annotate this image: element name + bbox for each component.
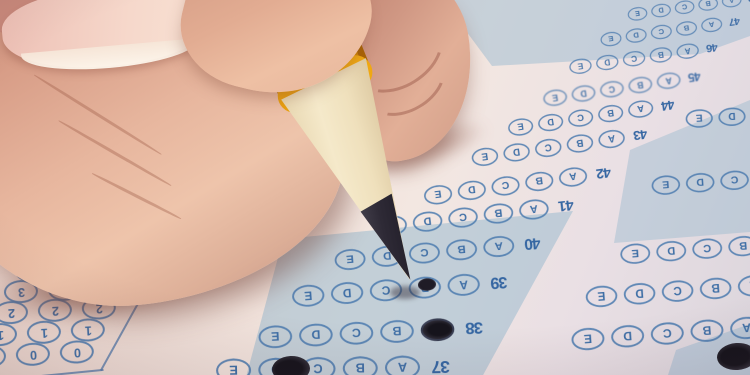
bubble-C: C <box>650 23 673 40</box>
bubble-C: C <box>490 175 520 198</box>
bubble-A: A <box>385 355 420 375</box>
bubble-D: D <box>685 172 715 193</box>
bubble-E: E <box>627 6 648 22</box>
pencil <box>241 0 455 314</box>
digit-bubble-0: 0 <box>15 342 50 367</box>
bubble-A: A <box>676 42 700 60</box>
bubble-C: C <box>339 321 374 345</box>
skin-crease <box>34 74 163 156</box>
answer-row: 45ABCDE <box>542 68 705 108</box>
bubble-B: B <box>524 170 554 193</box>
bubble-B: B <box>699 277 732 301</box>
bubble-E: E <box>470 146 499 167</box>
bubble-E: E <box>651 174 681 195</box>
bubble-E: E <box>542 88 568 107</box>
bubble-B: B <box>597 103 624 124</box>
digit-bubble-5: 5 <box>25 237 60 262</box>
question-number: 48 <box>745 0 750 4</box>
bubble-A: A <box>656 71 682 90</box>
answer-row: 43ABCDE <box>470 125 652 168</box>
bubble-A: A <box>557 166 587 189</box>
answer-row: 37ABCDE <box>216 355 455 375</box>
bubble-D: D <box>298 323 333 347</box>
digit-bubble-1: 1 <box>70 318 105 343</box>
question-number: 46 <box>703 40 722 56</box>
digit-bubble-3: 3 <box>3 279 38 304</box>
bubble-D: D <box>502 142 531 163</box>
bubble-B: B <box>649 46 673 64</box>
bubble-C: C <box>534 137 563 158</box>
right-column-answer-row: ABCDE <box>620 230 750 264</box>
bubble-A: A <box>627 99 654 120</box>
digit-bubble-0: 0 <box>0 344 7 369</box>
bubble-C: C <box>692 238 723 260</box>
question-number: 38 <box>461 318 489 339</box>
digit-bubble-1: 1 <box>0 322 18 347</box>
bubble-C: C <box>674 0 695 15</box>
bubble-A: A <box>737 274 750 298</box>
digit-bubble-5: 5 <box>69 235 104 260</box>
right-column-answer-row: ABCDE <box>585 272 750 308</box>
question-number: 39 <box>486 272 513 293</box>
question-number: 41 <box>554 196 579 216</box>
answer-row: 42ABCDE <box>422 162 615 206</box>
bubble-C: C <box>447 206 479 229</box>
bubble-E: E <box>507 117 534 138</box>
bubble-D: D <box>537 112 564 133</box>
bubble-B: B <box>380 319 415 343</box>
right-column-answer-row: ABCDE <box>570 313 750 351</box>
upper-finger-edge <box>0 0 85 45</box>
digit-bubble-0: 0 <box>59 340 94 365</box>
bubble-E: E <box>570 327 604 352</box>
answer-row: 47ABCDE <box>599 13 743 47</box>
right-column-answer-row: ABCDE <box>685 100 750 128</box>
bubble-D: D <box>718 107 746 127</box>
question-number: 42 <box>591 163 615 182</box>
bubble-A: A <box>597 128 626 149</box>
digit-bubble-1: 1 <box>26 320 61 345</box>
answer-row: 44ABCDE <box>507 95 679 137</box>
question-number: 40 <box>519 233 545 253</box>
bubble-E: E <box>258 325 293 349</box>
bubble-C: C <box>599 80 625 99</box>
bubble-D: D <box>624 27 647 44</box>
answer-row: 38BCDE <box>258 316 488 349</box>
bubble-B: B <box>728 235 750 257</box>
bubble-D: D <box>570 84 596 103</box>
bubble-E: E <box>599 31 622 48</box>
bubble-D: D <box>610 324 644 349</box>
bubble-B: B <box>343 356 378 375</box>
bubble-D: D <box>623 282 656 306</box>
question-number: 45 <box>684 69 705 86</box>
bubble-E: E <box>620 243 651 265</box>
bubble-B: B <box>565 133 594 154</box>
bubble-E: E <box>422 183 452 206</box>
bubble-E: E <box>216 358 251 375</box>
bubble-C: C <box>650 321 684 346</box>
bubble-A: A <box>729 316 750 341</box>
bubble-E: E <box>585 285 618 309</box>
finger-shadow-gap <box>208 129 303 262</box>
skin-crease <box>92 172 182 220</box>
question-number: 37 <box>427 356 455 375</box>
thumbnail <box>0 0 215 75</box>
bubble-C: C <box>661 279 694 303</box>
bubble-A: A <box>700 16 723 33</box>
digit-bubble-4: 4 <box>14 258 49 283</box>
digit-bubble-5: 5 <box>113 233 148 258</box>
stray-filled-mark <box>716 341 750 371</box>
bubble-A: A <box>721 0 742 9</box>
bubble-B: B <box>445 238 478 262</box>
bubble-B: B <box>698 0 719 12</box>
bubble-B: B <box>627 75 653 94</box>
question-number: 47 <box>725 14 743 29</box>
right-column-answer-row: ABCDE <box>651 163 750 196</box>
bubble-D: D <box>656 240 687 262</box>
bubble-D: D <box>650 3 671 19</box>
bubble-C: C <box>567 108 594 129</box>
bubble-B: B <box>483 202 515 225</box>
bubble-D: D <box>456 179 486 202</box>
bubble-B: B <box>689 318 723 343</box>
bubble-D: D <box>595 53 619 71</box>
nail-free-edge <box>21 38 199 75</box>
bubble-C: C <box>622 50 646 68</box>
bubble-E: E <box>685 109 713 129</box>
id-grid-bottom-border-line <box>0 369 104 375</box>
bubble-B: B <box>675 20 698 37</box>
bubble-A-filled <box>420 318 455 342</box>
question-number: 43 <box>629 126 652 144</box>
bubble-A: A <box>518 198 550 221</box>
bubble-E: E <box>569 57 593 75</box>
question-number: 44 <box>658 96 680 114</box>
bubble-C: C <box>719 170 749 191</box>
bubble-A: A <box>482 235 515 259</box>
skin-crease <box>58 119 172 186</box>
photo-scene: 37ABCDE38BCDE39ABCDE40ABCDE41ABCDE42ABCD… <box>0 0 750 375</box>
bubble-E: E <box>292 284 326 308</box>
digit-bubble-5: 5 <box>157 230 192 255</box>
